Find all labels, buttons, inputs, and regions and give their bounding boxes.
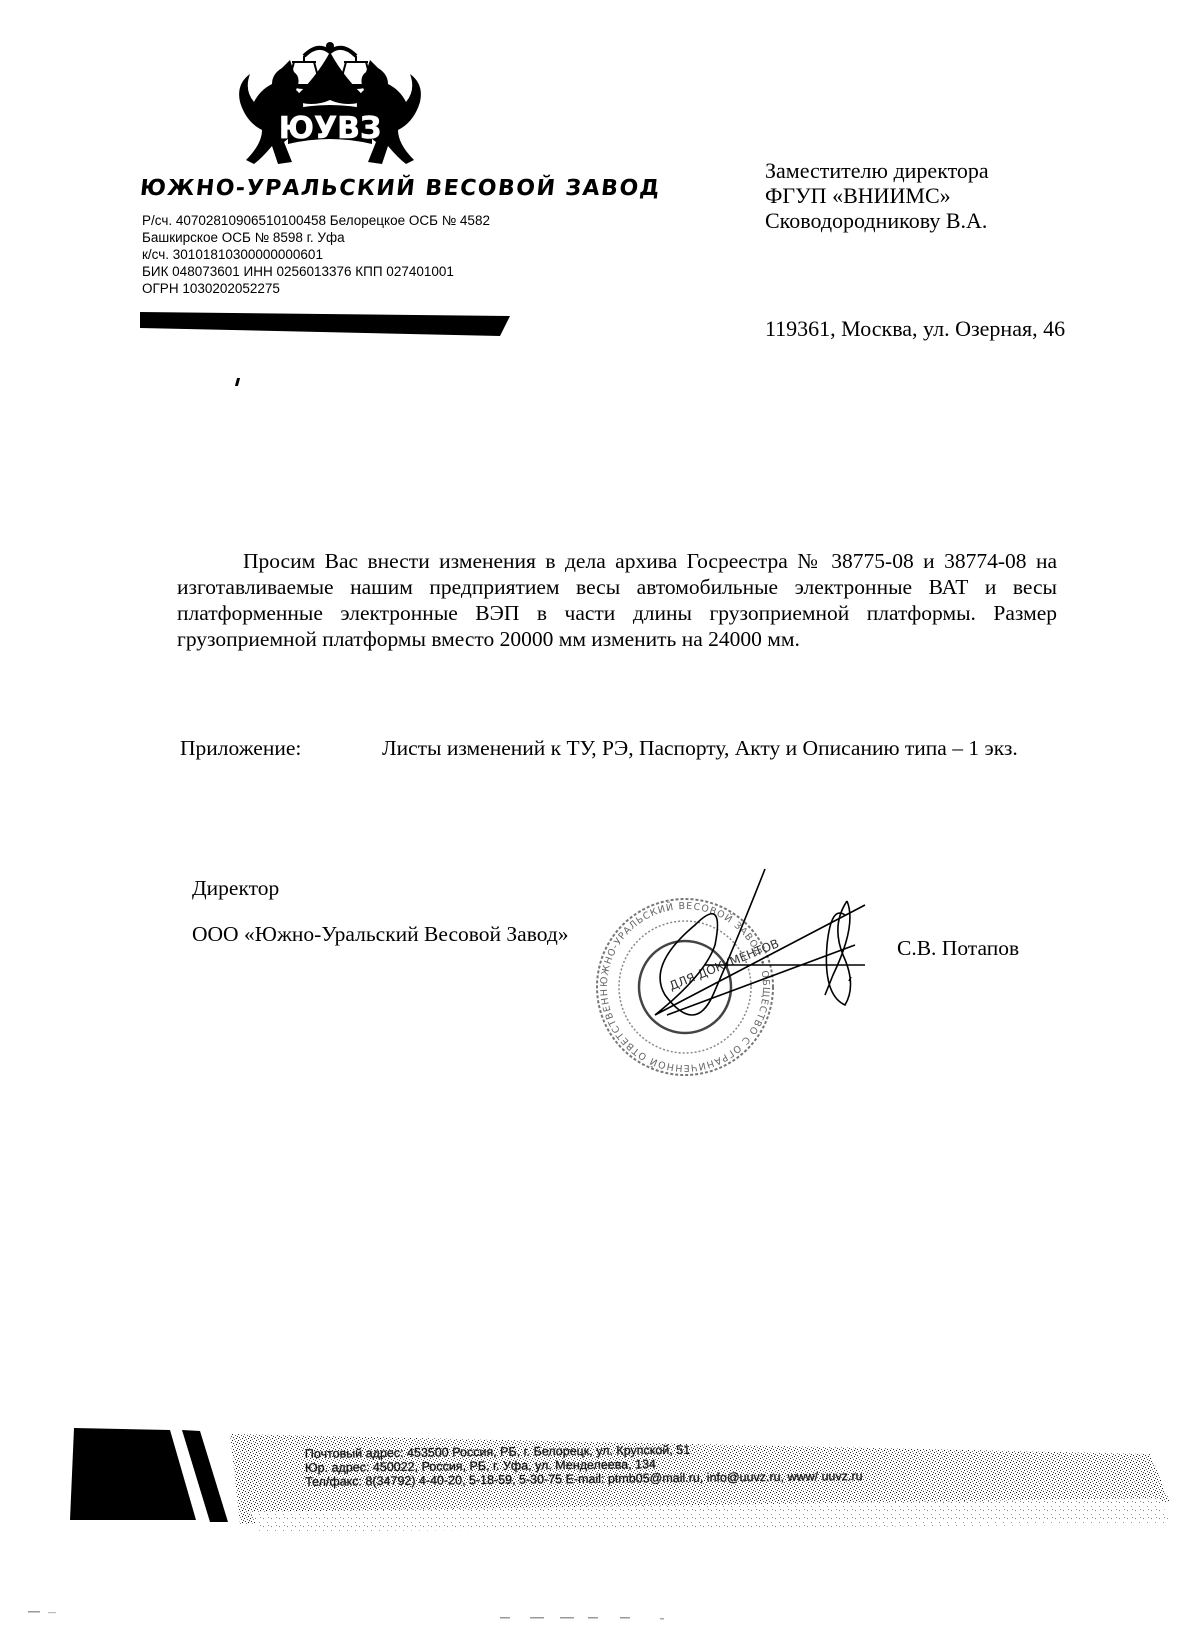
footer-contact-info: Почтовый адрес: 453500 Россия, РБ, г. Бе… — [305, 1441, 863, 1489]
addressee-block: Заместителю директора ФГУП «ВНИИМС» Сков… — [765, 158, 989, 233]
attachment-value: Листы изменений к ТУ, РЭ, Паспорту, Акту… — [382, 736, 1018, 761]
scan-artifact-marks — [480, 1608, 760, 1614]
body-paragraph: Просим Вас внести изменения в дела архив… — [177, 548, 1057, 652]
company-stamp-with-signature: ЮЖНО-УРАЛЬСКИЙ ВЕСОВОЙ ЗАВОД • ОБЩЕСТВО … — [595, 865, 895, 1115]
footer-black-block — [70, 1428, 196, 1520]
foxes-with-scales-icon: ЮУВЗ — [232, 38, 428, 170]
svg-text:ЮУВЗ: ЮУВЗ — [279, 111, 382, 146]
addressee-organization: ФГУП «ВНИИМС» — [765, 183, 989, 208]
signatory-name: С.В. Потапов — [897, 936, 1019, 961]
bank-details: Р/сч. 40702810906510100458 Белорецкое ОС… — [142, 212, 490, 297]
ogrn-line: ОГРН 1030202052275 — [142, 280, 490, 297]
addressee-address: 119361, Москва, ул. Озерная, 46 — [765, 316, 1065, 342]
correspondent-account-line: к/сч. 30101810300000000601 — [142, 246, 490, 263]
signatory-organization: ООО «Южно-Уральский Весовой Завод» — [192, 922, 569, 947]
attachment-label: Приложение: — [180, 736, 301, 761]
scan-artifact-mark — [235, 378, 240, 386]
company-name: ЮЖНО-УРАЛЬСКИЙ ВЕСОВОЙ ЗАВОД — [139, 176, 662, 201]
addressee-position: Заместителю директора — [765, 158, 989, 183]
addressee-name: Сководородникову В.А. — [765, 208, 989, 233]
bik-inn-kpp-line: БИК 048073601 ИНН 0256013376 КПП 0274010… — [142, 263, 490, 280]
letterhead-divider-bar — [140, 312, 510, 336]
letter-body: Просим Вас внести изменения в дела архив… — [177, 548, 1057, 652]
scan-artifact-marks-corner — [28, 1603, 68, 1609]
signatory-title: Директор — [192, 876, 279, 901]
company-logo: ЮУВЗ — [232, 38, 428, 170]
bank-branch-line: Башкирское ОСБ № 8598 г. Уфа — [142, 229, 490, 246]
bank-account-line: Р/сч. 40702810906510100458 Белорецкое ОС… — [142, 212, 490, 229]
